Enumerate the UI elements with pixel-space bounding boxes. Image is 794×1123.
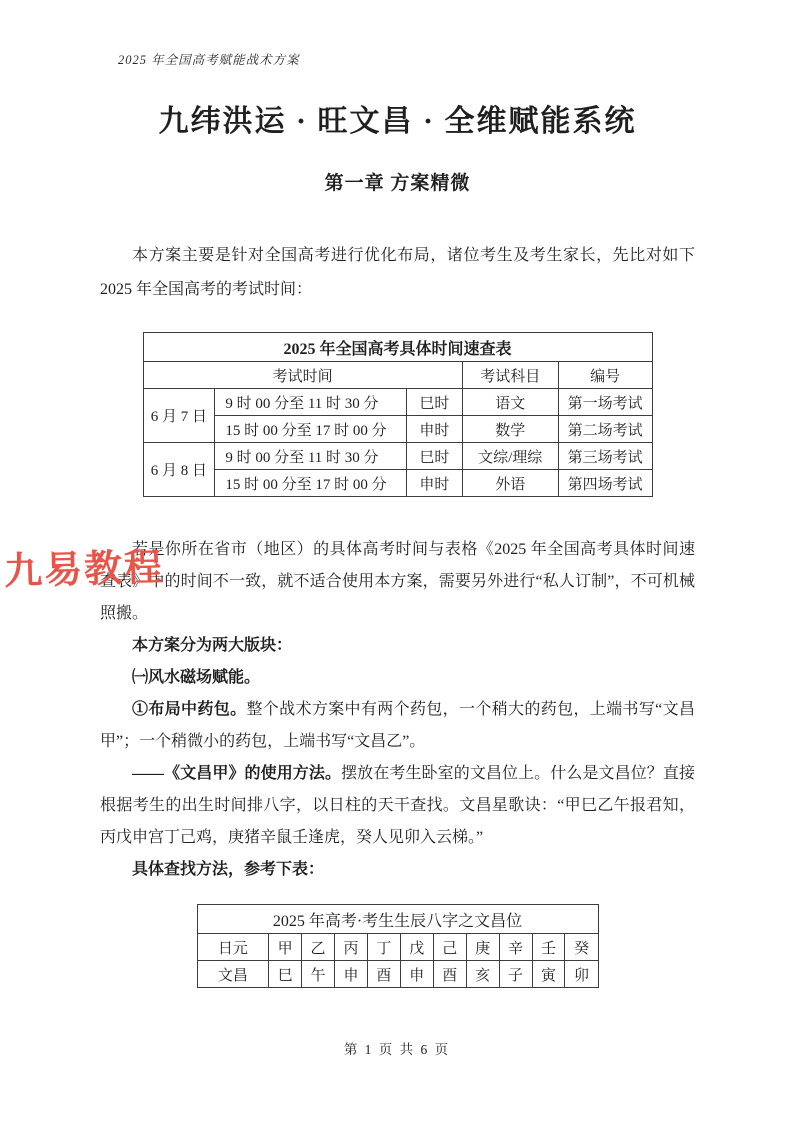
table-cell: 甲	[269, 934, 302, 961]
wenchang-position-table: 2025 年高考·考生生辰八字之文昌位 日元 甲 乙 丙 丁 戊 己 庚 辛 壬…	[197, 904, 599, 988]
table-row: 2025 年高考·考生生辰八字之文昌位	[197, 905, 598, 934]
table-row: 日元 甲 乙 丙 丁 戊 己 庚 辛 壬 癸	[197, 934, 598, 961]
table-cell: 癸	[565, 934, 598, 961]
table-cell: 文昌	[197, 961, 269, 988]
exam-table-header-time: 考试时间	[143, 362, 462, 389]
two-sections-paragraph: 本方案分为两大版块：	[100, 630, 695, 662]
table-cell-subject: 外语	[462, 470, 558, 497]
table-row: 15 时 00 分至 17 时 00 分 申时 数学 第二场考试	[143, 416, 652, 443]
page-number-footer: 第 1 页 共 6 页	[0, 1038, 794, 1058]
chapter-subtitle: 第一章 方案精微	[100, 168, 695, 195]
table-cell: 庚	[466, 934, 499, 961]
table-row: 文昌 巳 午 申 酉 申 酉 亥 子 寅 卯	[197, 961, 598, 988]
document-page: 2025 年全国高考赋能战术方案 九易教程 九纬洪运 · 旺文昌 · 全维赋能系…	[0, 0, 794, 1123]
table-cell: 申	[400, 961, 433, 988]
table-cell: 巳	[269, 961, 302, 988]
table-cell-subject: 数学	[462, 416, 558, 443]
wenchang-table-title: 2025 年高考·考生生辰八字之文昌位	[197, 905, 598, 934]
lookup-paragraph: 具体查找方法，参考下表：	[100, 854, 695, 886]
table-cell: 戊	[400, 934, 433, 961]
table-cell: 丁	[367, 934, 400, 961]
table-cell: 丙	[334, 934, 367, 961]
table-cell: 壬	[532, 934, 565, 961]
exam-table-header-subject: 考试科目	[462, 362, 558, 389]
table-cell: 酉	[367, 961, 400, 988]
table-cell-number: 第二场考试	[558, 416, 652, 443]
table-cell: 日元	[197, 934, 269, 961]
table-row: 15 时 00 分至 17 时 00 分 申时 外语 第四场考试	[143, 470, 652, 497]
document-title: 九纬洪运 · 旺文昌 · 全维赋能系统	[100, 102, 695, 142]
table-cell-time: 9 时 00 分至 11 时 30 分	[215, 443, 407, 470]
item1-lead: ①布局中药包。	[132, 701, 246, 718]
table-cell: 申	[334, 961, 367, 988]
item1-paragraph: ①布局中药包。整个战术方案中有两个药包，一个稍大的药包，上端书写“文昌甲”；一个…	[100, 694, 695, 758]
table-cell-hour: 申时	[406, 416, 462, 443]
table-cell: 酉	[433, 961, 466, 988]
table-cell-hour: 申时	[406, 470, 462, 497]
table-cell-number: 第四场考试	[558, 470, 652, 497]
table-row: 6 月 7 日 9 时 00 分至 11 时 30 分 巳时 语文 第一场考试	[143, 389, 652, 416]
table-cell-hour: 巳时	[406, 443, 462, 470]
usage-paragraph: ——《文昌甲》的使用方法。摆放在考生卧室的文昌位上。什么是文昌位？直接根据考生的…	[100, 758, 695, 854]
table-cell: 己	[433, 934, 466, 961]
watermark-stamp: 九易教程	[3, 536, 164, 595]
table-cell-number: 第三场考试	[558, 443, 652, 470]
table-cell: 子	[499, 961, 532, 988]
table-cell: 亥	[466, 961, 499, 988]
table-cell-hour: 巳时	[406, 389, 462, 416]
exam-table-header-number: 编号	[558, 362, 652, 389]
table-cell-time: 15 时 00 分至 17 时 00 分	[215, 470, 407, 497]
table-cell: 乙	[302, 934, 335, 961]
table-cell: 午	[302, 961, 335, 988]
table-cell-time: 15 时 00 分至 17 时 00 分	[215, 416, 407, 443]
exam-table-title: 2025 年全国高考具体时间速查表	[143, 333, 652, 362]
section-one-paragraph: ㈠风水磁场赋能。	[100, 662, 695, 694]
table-cell: 卯	[565, 961, 598, 988]
table-cell-date: 6 月 7 日	[143, 389, 215, 443]
table-cell-date: 6 月 8 日	[143, 443, 215, 497]
page-content: 九纬洪运 · 旺文昌 · 全维赋能系统 第一章 方案精微 本方案主要是针对全国高…	[0, 0, 794, 988]
table-cell: 辛	[499, 934, 532, 961]
intro-paragraph: 本方案主要是针对全国高考进行优化布局，诸位考生及考生家长，先比对如下 2025 …	[100, 239, 695, 307]
table-row: 6 月 8 日 9 时 00 分至 11 时 30 分 巳时 文综/理综 第三场…	[143, 443, 652, 470]
table-row: 考试时间 考试科目 编号	[143, 362, 652, 389]
page-header-note: 2025 年全国高考赋能战术方案	[118, 50, 300, 68]
table-row: 2025 年全国高考具体时间速查表	[143, 333, 652, 362]
table-cell-subject: 语文	[462, 389, 558, 416]
table-cell-number: 第一场考试	[558, 389, 652, 416]
table-cell-time: 9 时 00 分至 11 时 30 分	[215, 389, 407, 416]
usage-lead: ——《文昌甲》的使用方法。	[132, 765, 341, 782]
exam-schedule-table: 2025 年全国高考具体时间速查表 考试时间 考试科目 编号 6 月 7 日 9…	[143, 332, 653, 497]
mismatch-paragraph: 若是你所在省市（地区）的具体高考时间与表格《2025 年全国高考具体时间速查表》…	[100, 534, 695, 630]
table-cell: 寅	[532, 961, 565, 988]
table-cell-subject: 文综/理综	[462, 443, 558, 470]
